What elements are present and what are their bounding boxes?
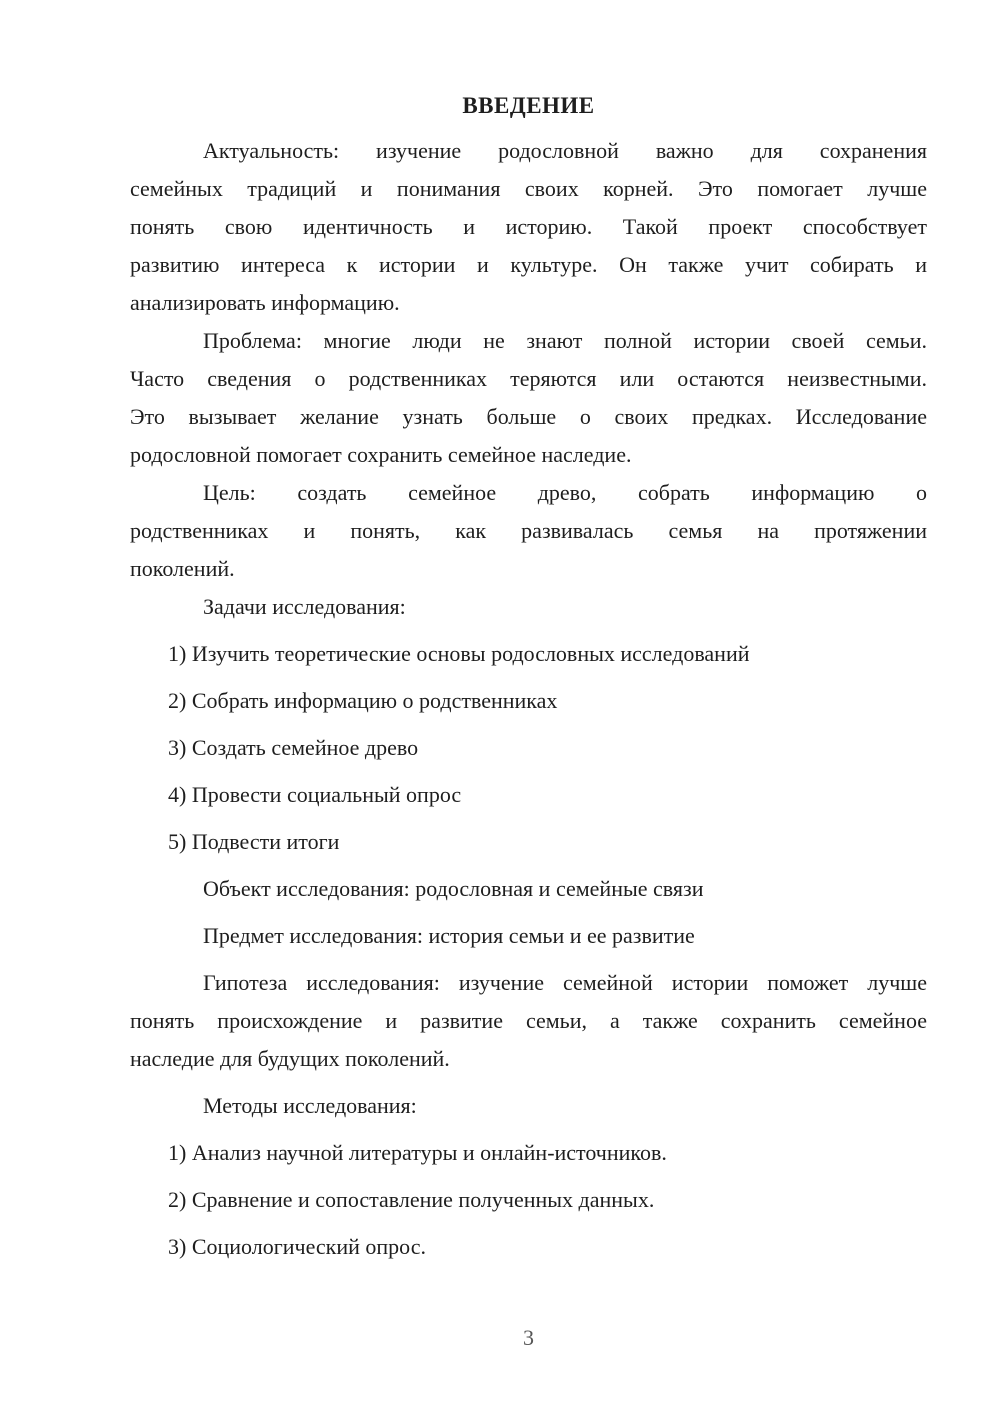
text-line: анализировать информацию. (130, 284, 927, 322)
paragraph: Проблема: многие люди не знают полной ис… (130, 322, 927, 474)
text-line: 3) Социологический опрос. (130, 1228, 927, 1266)
text-line: 1) Анализ научной литературы и онлайн-ис… (130, 1134, 927, 1172)
paragraph: Гипотеза исследования: изучение семейной… (130, 964, 927, 1078)
text-line: Объект исследования: родословная и семей… (130, 870, 927, 908)
text-line: поколений. (130, 550, 927, 588)
list-item: 2) Собрать информацию о родственниках (130, 682, 927, 720)
text-line: Задачи исследования: (130, 588, 927, 626)
document-content: ВВЕДЕНИЕ Актуальность: изучение родослов… (130, 92, 927, 1275)
paragraph: Актуальность: изучение родословной важно… (130, 132, 927, 322)
text-line: Часто сведения о родственниках теряются … (130, 360, 927, 398)
text-line: понять свою идентичность и историю. Тако… (130, 208, 927, 246)
list-item: 2) Сравнение и сопоставление полученных … (130, 1181, 927, 1219)
text-line: Проблема: многие люди не знают полной ис… (130, 322, 927, 360)
list-item: 3) Социологический опрос. (130, 1228, 927, 1266)
paragraph: Предмет исследования: история семьи и ее… (130, 917, 927, 955)
list-item: 1) Анализ научной литературы и онлайн-ис… (130, 1134, 927, 1172)
list-item: 1) Изучить теоретические основы родослов… (130, 635, 927, 673)
text-line: 5) Подвести итоги (130, 823, 927, 861)
text-line: развитию интереса к истории и культуре. … (130, 246, 927, 284)
text-line: родословной помогает сохранить семейное … (130, 436, 927, 474)
text-line: Гипотеза исследования: изучение семейной… (130, 964, 927, 1002)
text-line: 1) Изучить теоретические основы родослов… (130, 635, 927, 673)
paragraph: Объект исследования: родословная и семей… (130, 870, 927, 908)
list-item: 3) Создать семейное древо (130, 729, 927, 767)
text-line: 3) Создать семейное древо (130, 729, 927, 767)
text-line: родственниках и понять, как развивалась … (130, 512, 927, 550)
text-line: семейных традиций и понимания своих корн… (130, 170, 927, 208)
text-line: 2) Сравнение и сопоставление полученных … (130, 1181, 927, 1219)
list-item: 4) Провести социальный опрос (130, 776, 927, 814)
text-line: Актуальность: изучение родословной важно… (130, 132, 927, 170)
text-line: Предмет исследования: история семьи и ее… (130, 917, 927, 955)
paragraph: Задачи исследования: (130, 588, 927, 626)
paragraph: Цель: создать семейное древо, собрать ин… (130, 474, 927, 588)
document-body: Актуальность: изучение родословной важно… (130, 132, 927, 1266)
list-item: 5) Подвести итоги (130, 823, 927, 861)
paragraph: Методы исследования: (130, 1087, 927, 1125)
document-page: ВВЕДЕНИЕ Актуальность: изучение родослов… (0, 0, 1000, 1414)
text-line: 2) Собрать информацию о родственниках (130, 682, 927, 720)
page-number: 3 (130, 1319, 927, 1357)
text-line: Это вызывает желание узнать больше о сво… (130, 398, 927, 436)
text-line: наследие для будущих поколений. (130, 1040, 927, 1078)
page-title: ВВЕДЕНИЕ (130, 92, 927, 120)
text-line: понять происхождение и развитие семьи, а… (130, 1002, 927, 1040)
text-line: Методы исследования: (130, 1087, 927, 1125)
text-line: 4) Провести социальный опрос (130, 776, 927, 814)
text-line: Цель: создать семейное древо, собрать ин… (130, 474, 927, 512)
